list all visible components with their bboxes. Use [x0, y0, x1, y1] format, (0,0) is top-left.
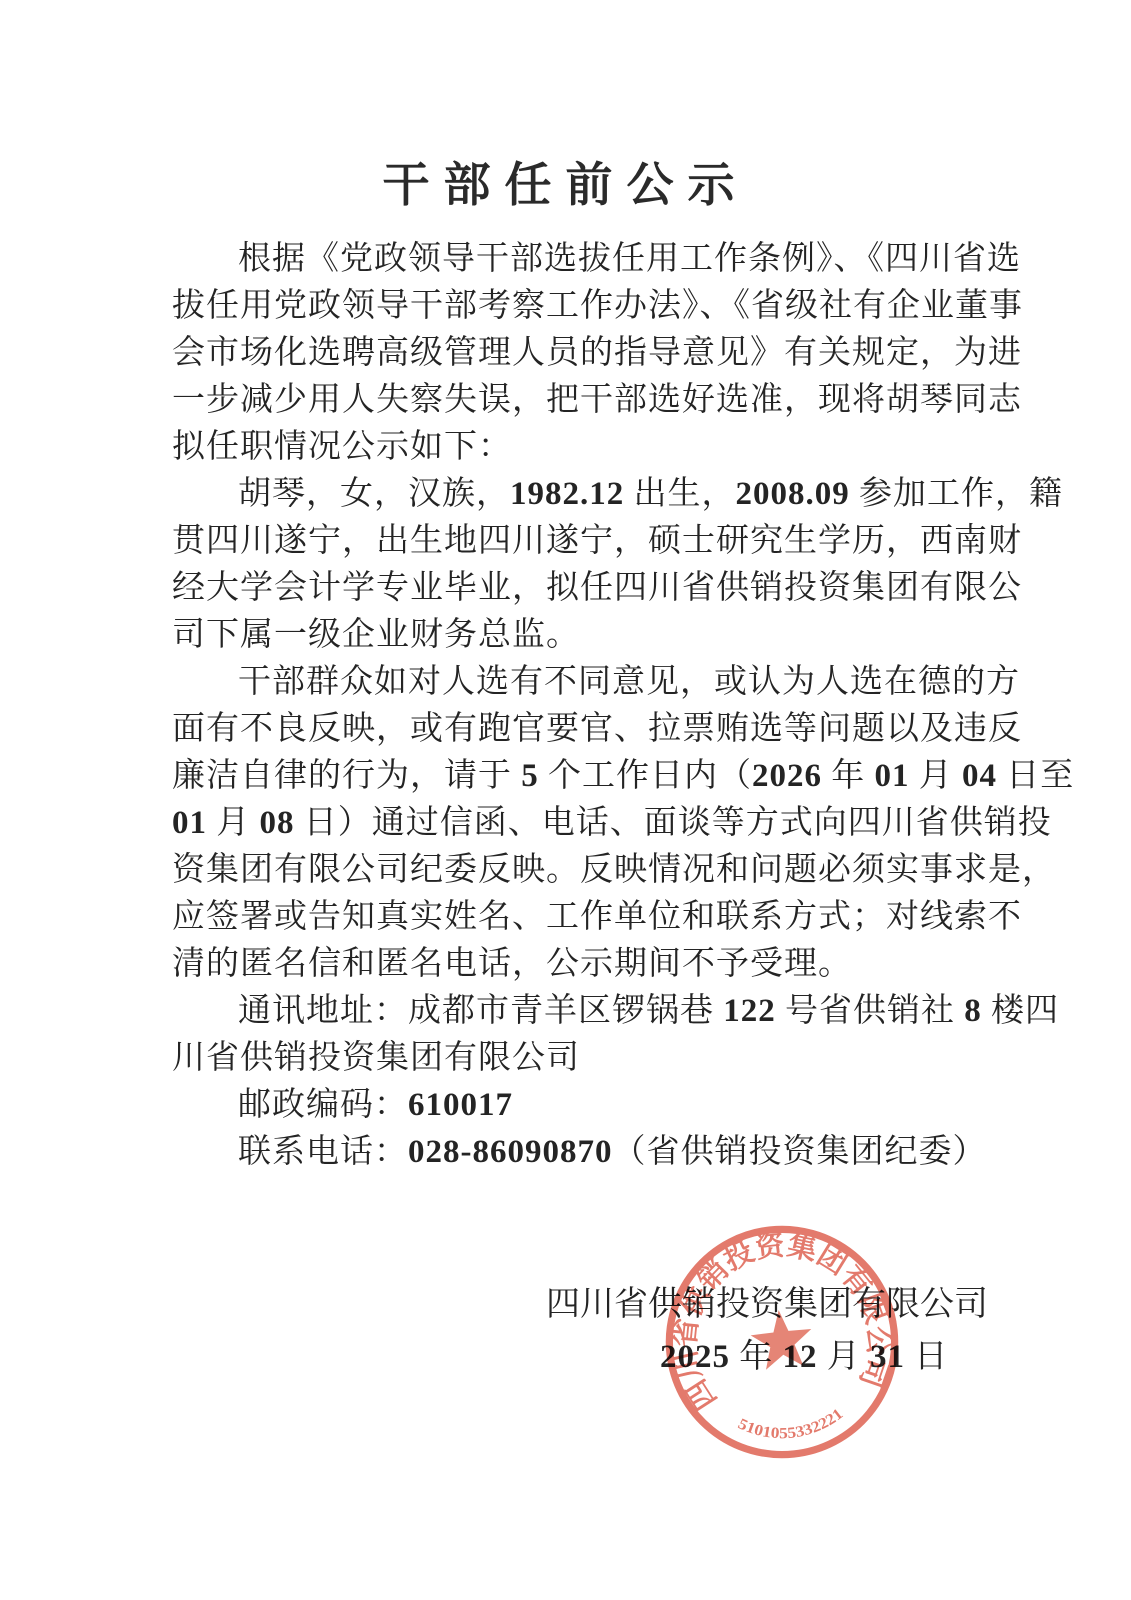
document-body: 根据《党政领导干部选拔任用工作条例》、《四川省选 拔任用党政领导干部考察工作办法…: [172, 236, 964, 1176]
body-line: 干部群众如对人选有不同意见，或认为人选在德的方: [172, 659, 964, 706]
body-line: 邮政编码：610017: [172, 1082, 964, 1129]
document-page: 干部任前公示 根据《党政领导干部选拔任用工作条例》、《四川省选 拔任用党政领导干…: [0, 0, 1131, 1600]
body-line: 联系电话：028-86090870（省供销投资集团纪委）: [172, 1129, 964, 1176]
body-line: 会市场化选聘高级管理人员的指导意见》有关规定，为进: [172, 330, 964, 377]
signature-company: 四川省供销投资集团有限公司: [546, 1276, 988, 1325]
body-line: 01 月 08 日）通过信函、电话、面谈等方式向四川省供销投: [172, 800, 964, 847]
body-line: 根据《党政领导干部选拔任用工作条例》、《四川省选: [172, 236, 964, 283]
signature-date: 2025 年 12 月 31 日: [660, 1330, 948, 1377]
document-title: 干部任前公示: [0, 148, 1131, 215]
body-line: 贯四川遂宁，出生地四川遂宁，硕士研究生学历，西南财: [172, 518, 964, 565]
body-line: 拔任用党政领导干部考察工作办法》、《省级社有企业董事: [172, 283, 964, 330]
body-line: 廉洁自律的行为，请于 5 个工作日内（2026 年 01 月 04 日至: [172, 753, 964, 800]
body-line: 经大学会计学专业毕业，拟任四川省供销投资集团有限公: [172, 565, 964, 612]
body-line: 川省供销投资集团有限公司: [172, 1035, 964, 1082]
body-line: 面有不良反映，或有跑官要官、拉票贿选等问题以及违反: [172, 706, 964, 753]
svg-text:5101055332221: 5101055332221: [734, 1404, 848, 1447]
body-line: 清的匿名信和匿名电话，公示期间不予受理。: [172, 941, 964, 988]
body-line: 拟任职情况公示如下：: [172, 424, 964, 471]
body-line: 胡琴，女，汉族，1982.12 出生，2008.09 参加工作，籍: [172, 471, 964, 518]
body-line: 资集团有限公司纪委反映。反映情况和问题必须实事求是，: [172, 847, 964, 894]
body-line: 司下属一级企业财务总监。: [172, 612, 964, 659]
body-line: 通讯地址：成都市青羊区锣锅巷 122 号省供销社 8 楼四: [172, 988, 964, 1035]
body-line: 一步减少用人失察失误，把干部选好选准，现将胡琴同志: [172, 377, 964, 424]
seal-number-text: 5101055332221: [734, 1404, 848, 1447]
body-line: 应签署或告知真实姓名、工作单位和联系方式；对线索不: [172, 894, 964, 941]
